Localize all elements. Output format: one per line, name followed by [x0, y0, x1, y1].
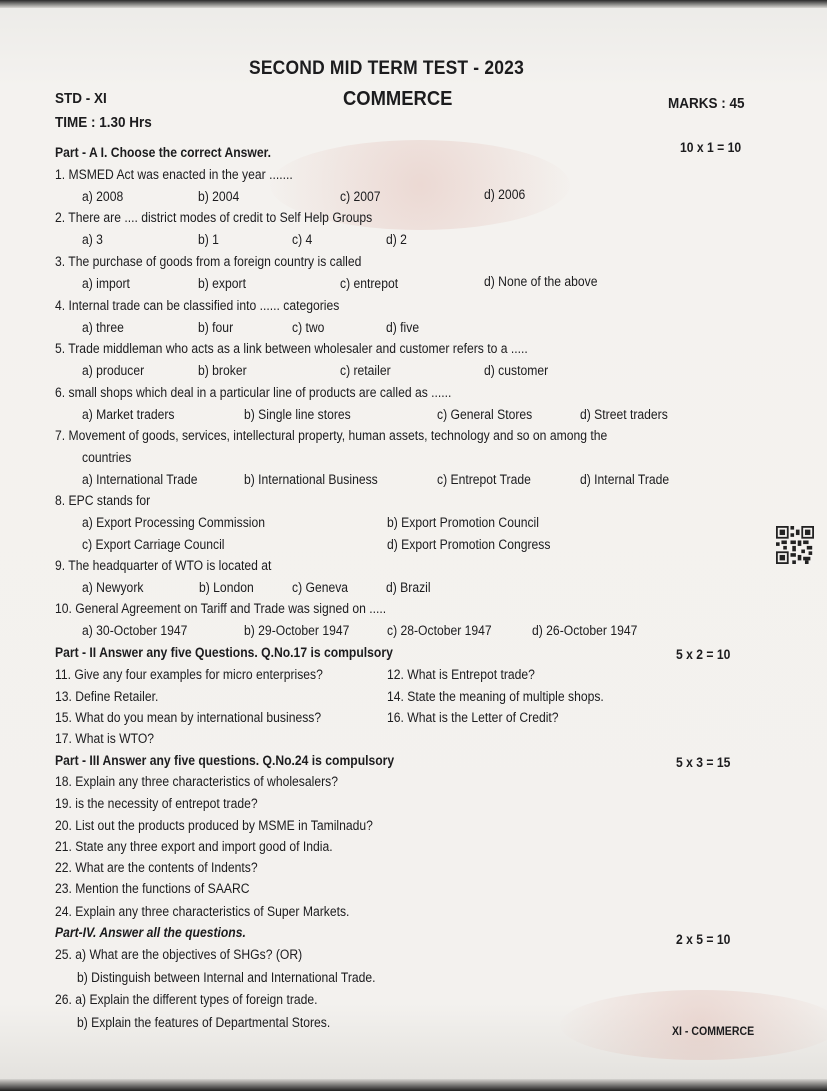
question-text: 8. EPC stands for — [55, 493, 150, 508]
option-c: c) Entrepot Trade — [437, 472, 531, 487]
option-d: d) Internal Trade — [580, 472, 669, 487]
option-c: c) retailer — [340, 363, 391, 378]
question-text: 10. General Agreement on Tariff and Trad… — [55, 601, 386, 616]
qr-code-icon — [776, 525, 814, 565]
question-21: 21. State any three export and import go… — [55, 839, 333, 854]
question-text: 4. Internal trade can be classified into… — [55, 298, 339, 313]
question-13: 13. Define Retailer. — [55, 689, 158, 704]
option-b: b) 29-October 1947 — [244, 623, 349, 638]
scan-edge-top — [0, 0, 827, 8]
option-c: c) 2007 — [340, 189, 381, 204]
option-b: b) Export Promotion Council — [387, 515, 539, 530]
option-c: c) entrepot — [340, 276, 398, 291]
question-15: 15. What do you mean by international bu… — [55, 710, 321, 725]
question-text: 7. Movement of goods, services, intellec… — [55, 428, 607, 443]
option-b: b) export — [198, 276, 246, 291]
option-d: d) Street traders — [580, 407, 668, 422]
question-text: 3. The purchase of goods from a foreign … — [55, 254, 361, 269]
option-a: a) 3 — [82, 232, 103, 247]
option-b: b) broker — [198, 363, 247, 378]
option-a: a) import — [82, 276, 130, 291]
option-a: a) Export Processing Commission — [82, 515, 265, 530]
part-4-marks: 2 x 5 = 10 — [676, 932, 730, 947]
option-c: c) 28-October 1947 — [387, 623, 492, 638]
option-c: c) two — [292, 320, 324, 335]
option-a: a) 30-October 1947 — [82, 623, 187, 638]
part-3-marks: 5 x 3 = 15 — [676, 755, 730, 770]
option-a: a) producer — [82, 363, 144, 378]
question-text: 5. Trade middleman who acts as a link be… — [55, 341, 528, 356]
question-text: 9. The headquarter of WTO is located at — [55, 558, 271, 573]
question-12: 12. What is Entrepot trade? — [387, 667, 535, 682]
option-b: b) 2004 — [198, 189, 239, 204]
option-b: b) International Business — [244, 472, 378, 487]
question-19: 19. is the necessity of entrepot trade? — [55, 796, 258, 811]
part-4-heading: Part-IV. Answer all the questions. — [55, 925, 246, 940]
option-b: b) Single line stores — [244, 407, 351, 422]
option-a: a) three — [82, 320, 124, 335]
option-c: c) Geneva — [292, 580, 348, 595]
option-d: d) 26-October 1947 — [532, 623, 637, 638]
question-23: 23. Mention the functions of SAARC — [55, 881, 250, 896]
option-b: b) London — [199, 580, 254, 595]
option-d: d) 2 — [386, 232, 407, 247]
question-17: 17. What is WTO? — [55, 731, 154, 746]
option-a: a) Newyork — [82, 580, 143, 595]
option-d: d) Export Promotion Congress — [387, 537, 550, 552]
option-b: b) four — [198, 320, 233, 335]
question-25a: 25. a) What are the objectives of SHGs? … — [55, 947, 302, 962]
question-11: 11. Give any four examples for micro ent… — [55, 667, 323, 682]
question-text: 2. There are .... district modes of cred… — [55, 210, 372, 225]
question-text-continued: countries — [82, 450, 131, 465]
subject-title: COMMERCE — [343, 88, 452, 111]
part-2-heading: Part - II Answer any five Questions. Q.N… — [55, 645, 393, 660]
option-d: d) 2006 — [484, 187, 525, 202]
option-d: d) five — [386, 320, 419, 335]
footer-label: XI - COMMERCE — [672, 1024, 754, 1038]
option-c: c) 4 — [292, 232, 312, 247]
question-text: 6. small shops which deal in a particula… — [55, 385, 451, 400]
option-a: a) International Trade — [82, 472, 198, 487]
question-16: 16. What is the Letter of Credit? — [387, 710, 559, 725]
option-a: a) 2008 — [82, 189, 123, 204]
part-a-heading: Part - A I. Choose the correct Answer. — [55, 145, 271, 160]
option-c: c) Export Carriage Council — [82, 537, 224, 552]
question-20: 20. List out the products produced by MS… — [55, 818, 373, 833]
question-14: 14. State the meaning of multiple shops. — [387, 689, 604, 704]
question-26a: 26. a) Explain the different types of fo… — [55, 992, 318, 1007]
time-label: TIME : 1.30 Hrs — [55, 114, 152, 131]
question-18: 18. Explain any three characteristics of… — [55, 774, 338, 789]
option-b: b) 1 — [198, 232, 219, 247]
question-25b: b) Distinguish between Internal and Inte… — [77, 970, 376, 985]
scan-edge-bottom — [0, 1079, 827, 1091]
part-2-marks: 5 x 2 = 10 — [676, 647, 730, 662]
total-marks: MARKS : 45 — [668, 95, 745, 112]
option-c: c) General Stores — [437, 407, 532, 422]
question-22: 22. What are the contents of Indents? — [55, 860, 258, 875]
option-d: d) Brazil — [386, 580, 431, 595]
option-a: a) Market traders — [82, 407, 175, 422]
part-3-heading: Part - III Answer any five questions. Q.… — [55, 753, 394, 768]
question-24: 24. Explain any three characteristics of… — [55, 904, 349, 919]
exam-paper: SECOND MID TERM TEST - 2023 STD - XI COM… — [0, 0, 827, 1091]
part-a-marks: 10 x 1 = 10 — [680, 140, 741, 155]
option-d: d) None of the above — [484, 274, 597, 289]
question-26b: b) Explain the features of Departmental … — [77, 1015, 330, 1030]
exam-title: SECOND MID TERM TEST - 2023 — [249, 58, 524, 80]
option-d: d) customer — [484, 363, 548, 378]
std-label: STD - XI — [55, 90, 107, 107]
question-text: 1. MSMED Act was enacted in the year ...… — [55, 167, 293, 182]
